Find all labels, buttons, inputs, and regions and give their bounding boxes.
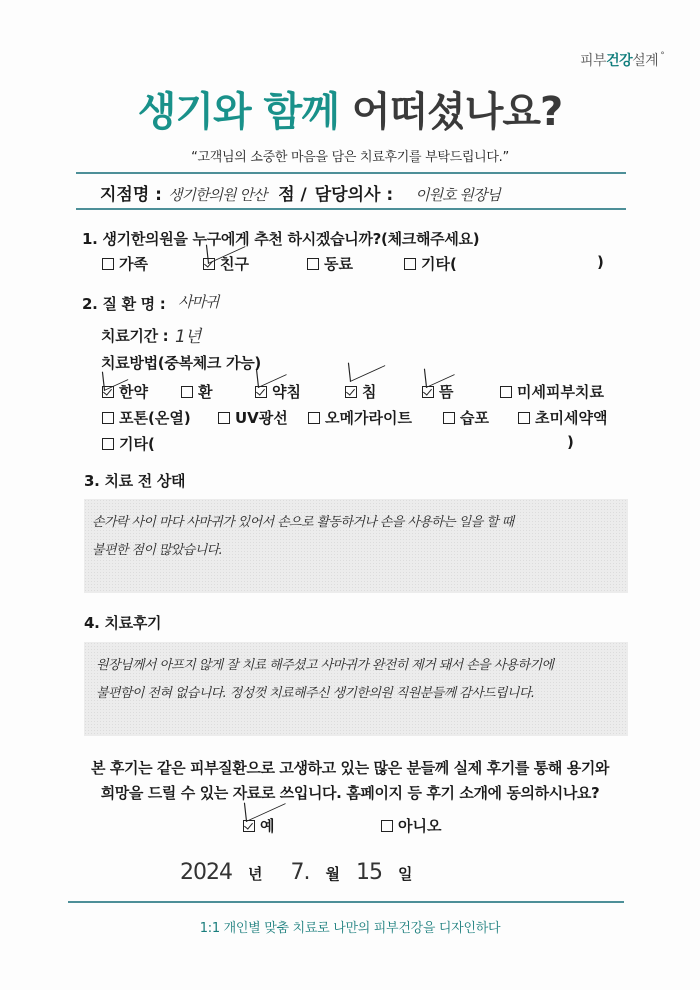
consent-no[interactable]: 아니오 [381,815,441,836]
date-year-label: 년 [248,863,263,884]
brand-part2: 설계 [632,53,658,69]
page-title: 생기와 함께 어떠셨나요? [0,80,700,137]
checkbox-checked[interactable] [255,386,267,398]
date-month-label: 월 [326,863,341,884]
q3-answer-box[interactable]: 손가락 사이 마다 사마귀가 있어서 손으로 활동하거나 손을 사용하는 일을 … [84,499,628,593]
q4-title: 4. 치료후기 [84,612,161,633]
option-label: 예 [260,815,275,836]
checkbox[interactable] [102,258,114,270]
method-acupuncture[interactable]: 침 [345,381,377,402]
option-label: 한약 [119,381,148,402]
subtitle: “고객님의 소중한 마음을 담은 치료후기를 부탁드립니다.” [0,146,700,165]
q2-disease-label: 2. 질 환 명 : [82,293,166,314]
consent-line-1: 본 후기는 같은 피부질환으로 고생하고 있는 많은 분들께 실제 후기를 통해… [0,757,700,778]
checkbox[interactable] [500,386,512,398]
date-year[interactable]: 2024 [180,860,232,885]
q1-option-family[interactable]: 가족 [102,253,148,274]
option-label: 습포 [460,407,489,428]
date-month[interactable]: 7. [291,860,310,885]
method-uv[interactable]: UV광선 [218,407,288,428]
option-label: 오메가라이트 [325,407,412,428]
branch-row: 지점명 : 생기한의원 안산 점 / 담당의사 : 이원호 원장님 [100,180,512,205]
method-ultrafine[interactable]: 초미세약액 [518,407,607,428]
q4-answer-box[interactable]: 원장님께서 아프지 않게 잘 치료 해주셨고 사마귀가 완전히 제거 돼서 손을… [84,642,628,736]
method-close-paren: ) [567,433,574,451]
method-other[interactable]: 기타( [102,433,155,454]
q4-line-2: 불편함이 전혀 없습니다. 정성껏 치료해주신 생기한의원 직원분들께 감사드립… [96,682,534,701]
checkbox-checked[interactable] [243,820,255,832]
checkbox[interactable] [518,412,530,424]
checkbox[interactable] [381,820,393,832]
checkbox[interactable] [308,412,320,424]
q2-period-value[interactable]: 1년 [175,322,200,347]
divider-top [76,172,626,174]
checkbox[interactable] [443,412,455,424]
method-pill[interactable]: 환 [181,381,213,402]
q4-line-1: 원장님께서 아프지 않게 잘 치료 해주셨고 사마귀가 완전히 제거 돼서 손을… [96,654,553,673]
q1-question: 1. 생기한의원을 누구에게 추천 하시겠습니까?(체크해주세요) [82,228,479,249]
divider-bottom [76,208,626,210]
title-dark: 어떠셨나요? [352,89,562,135]
option-label: 침 [362,381,377,402]
option-label: 동료 [324,253,353,274]
checkbox[interactable] [102,412,114,424]
date-day-label: 일 [398,863,413,884]
brand-logo: 피부건강설계° [580,50,664,70]
option-label: 포톤(온열) [119,407,191,428]
date-day[interactable]: 15 [356,860,382,885]
option-label: 가족 [119,253,148,274]
title-teal: 생기와 함께 [138,89,339,135]
checkbox[interactable] [404,258,416,270]
q2-period-label: 치료기간 : [101,325,168,346]
method-photon[interactable]: 포톤(온열) [102,407,191,428]
brand-part1: 피부 [580,53,606,69]
doctor-label: 담당의사 : [315,180,393,205]
date-row: 2024 년 7. 월 15 일 [180,860,413,885]
checkbox[interactable] [102,438,114,450]
checkbox[interactable] [181,386,193,398]
option-label: 뜸 [439,381,454,402]
option-label: 아니오 [398,815,441,836]
q2-disease-value[interactable]: 사마귀 [178,291,218,312]
option-label: 초미세약액 [535,407,607,428]
method-omega-light[interactable]: 오메가라이트 [308,407,412,428]
brand-mark-icon: ° [660,51,664,61]
doctor-value[interactable]: 이원호 원장님 [415,184,500,205]
method-micro-skin[interactable]: 미세피부치료 [500,381,604,402]
option-label: 환 [198,381,213,402]
option-label: 미세피부치료 [517,381,604,402]
footer-slogan: 1:1 개인별 맞춤 치료로 나만의 피부건강을 디자인하다 [0,917,700,936]
brand-highlight: 건강 [606,53,632,69]
checkbox[interactable] [218,412,230,424]
option-label: 기타( [421,253,457,274]
q1-close-paren: ) [597,253,604,271]
option-label: 약침 [272,381,301,402]
q3-title: 3. 치료 전 상태 [84,470,185,491]
branch-suffix: 점 / [278,180,307,205]
branch-value[interactable]: 생기한의원 안산 [168,184,266,205]
q1-option-other[interactable]: 기타( [404,253,457,274]
checkbox-checked[interactable] [422,386,434,398]
q1-option-coworker[interactable]: 동료 [307,253,353,274]
handwritten-check-icon [348,347,385,382]
checkbox-checked[interactable] [345,386,357,398]
method-compress[interactable]: 습포 [443,407,489,428]
checkbox[interactable] [307,258,319,270]
q3-line-2: 불편한 점이 많았습니다. [92,539,222,558]
divider-footer [68,901,624,903]
option-label: 기타( [119,433,155,454]
q3-line-1: 손가락 사이 마다 사마귀가 있어서 손으로 활동하거나 손을 사용하는 일을 … [92,511,514,530]
branch-label: 지점명 : [100,180,162,205]
consent-line-2: 희망을 드릴 수 있는 자료로 쓰입니다. 홈페이지 등 후기 소개에 동의하시… [0,782,700,803]
option-label: UV광선 [235,407,288,428]
